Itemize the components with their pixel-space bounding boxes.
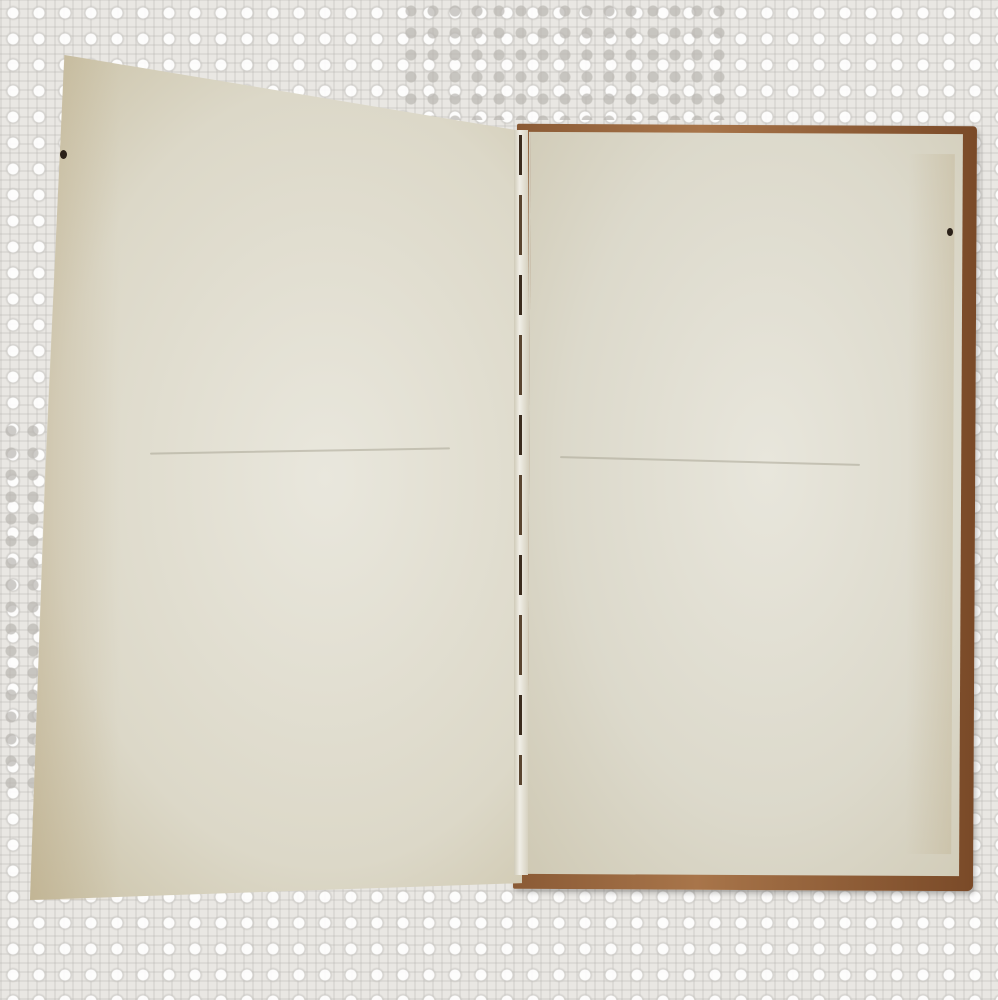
- small-hole-mark: [60, 150, 67, 159]
- pencil-inscription: [895, 250, 935, 380]
- right-pastedown-page: [525, 132, 963, 876]
- small-hole-mark: [947, 228, 953, 236]
- sewing-thread: [519, 135, 522, 785]
- lace-pattern: [400, 0, 730, 120]
- lace-pattern-left: [0, 420, 40, 800]
